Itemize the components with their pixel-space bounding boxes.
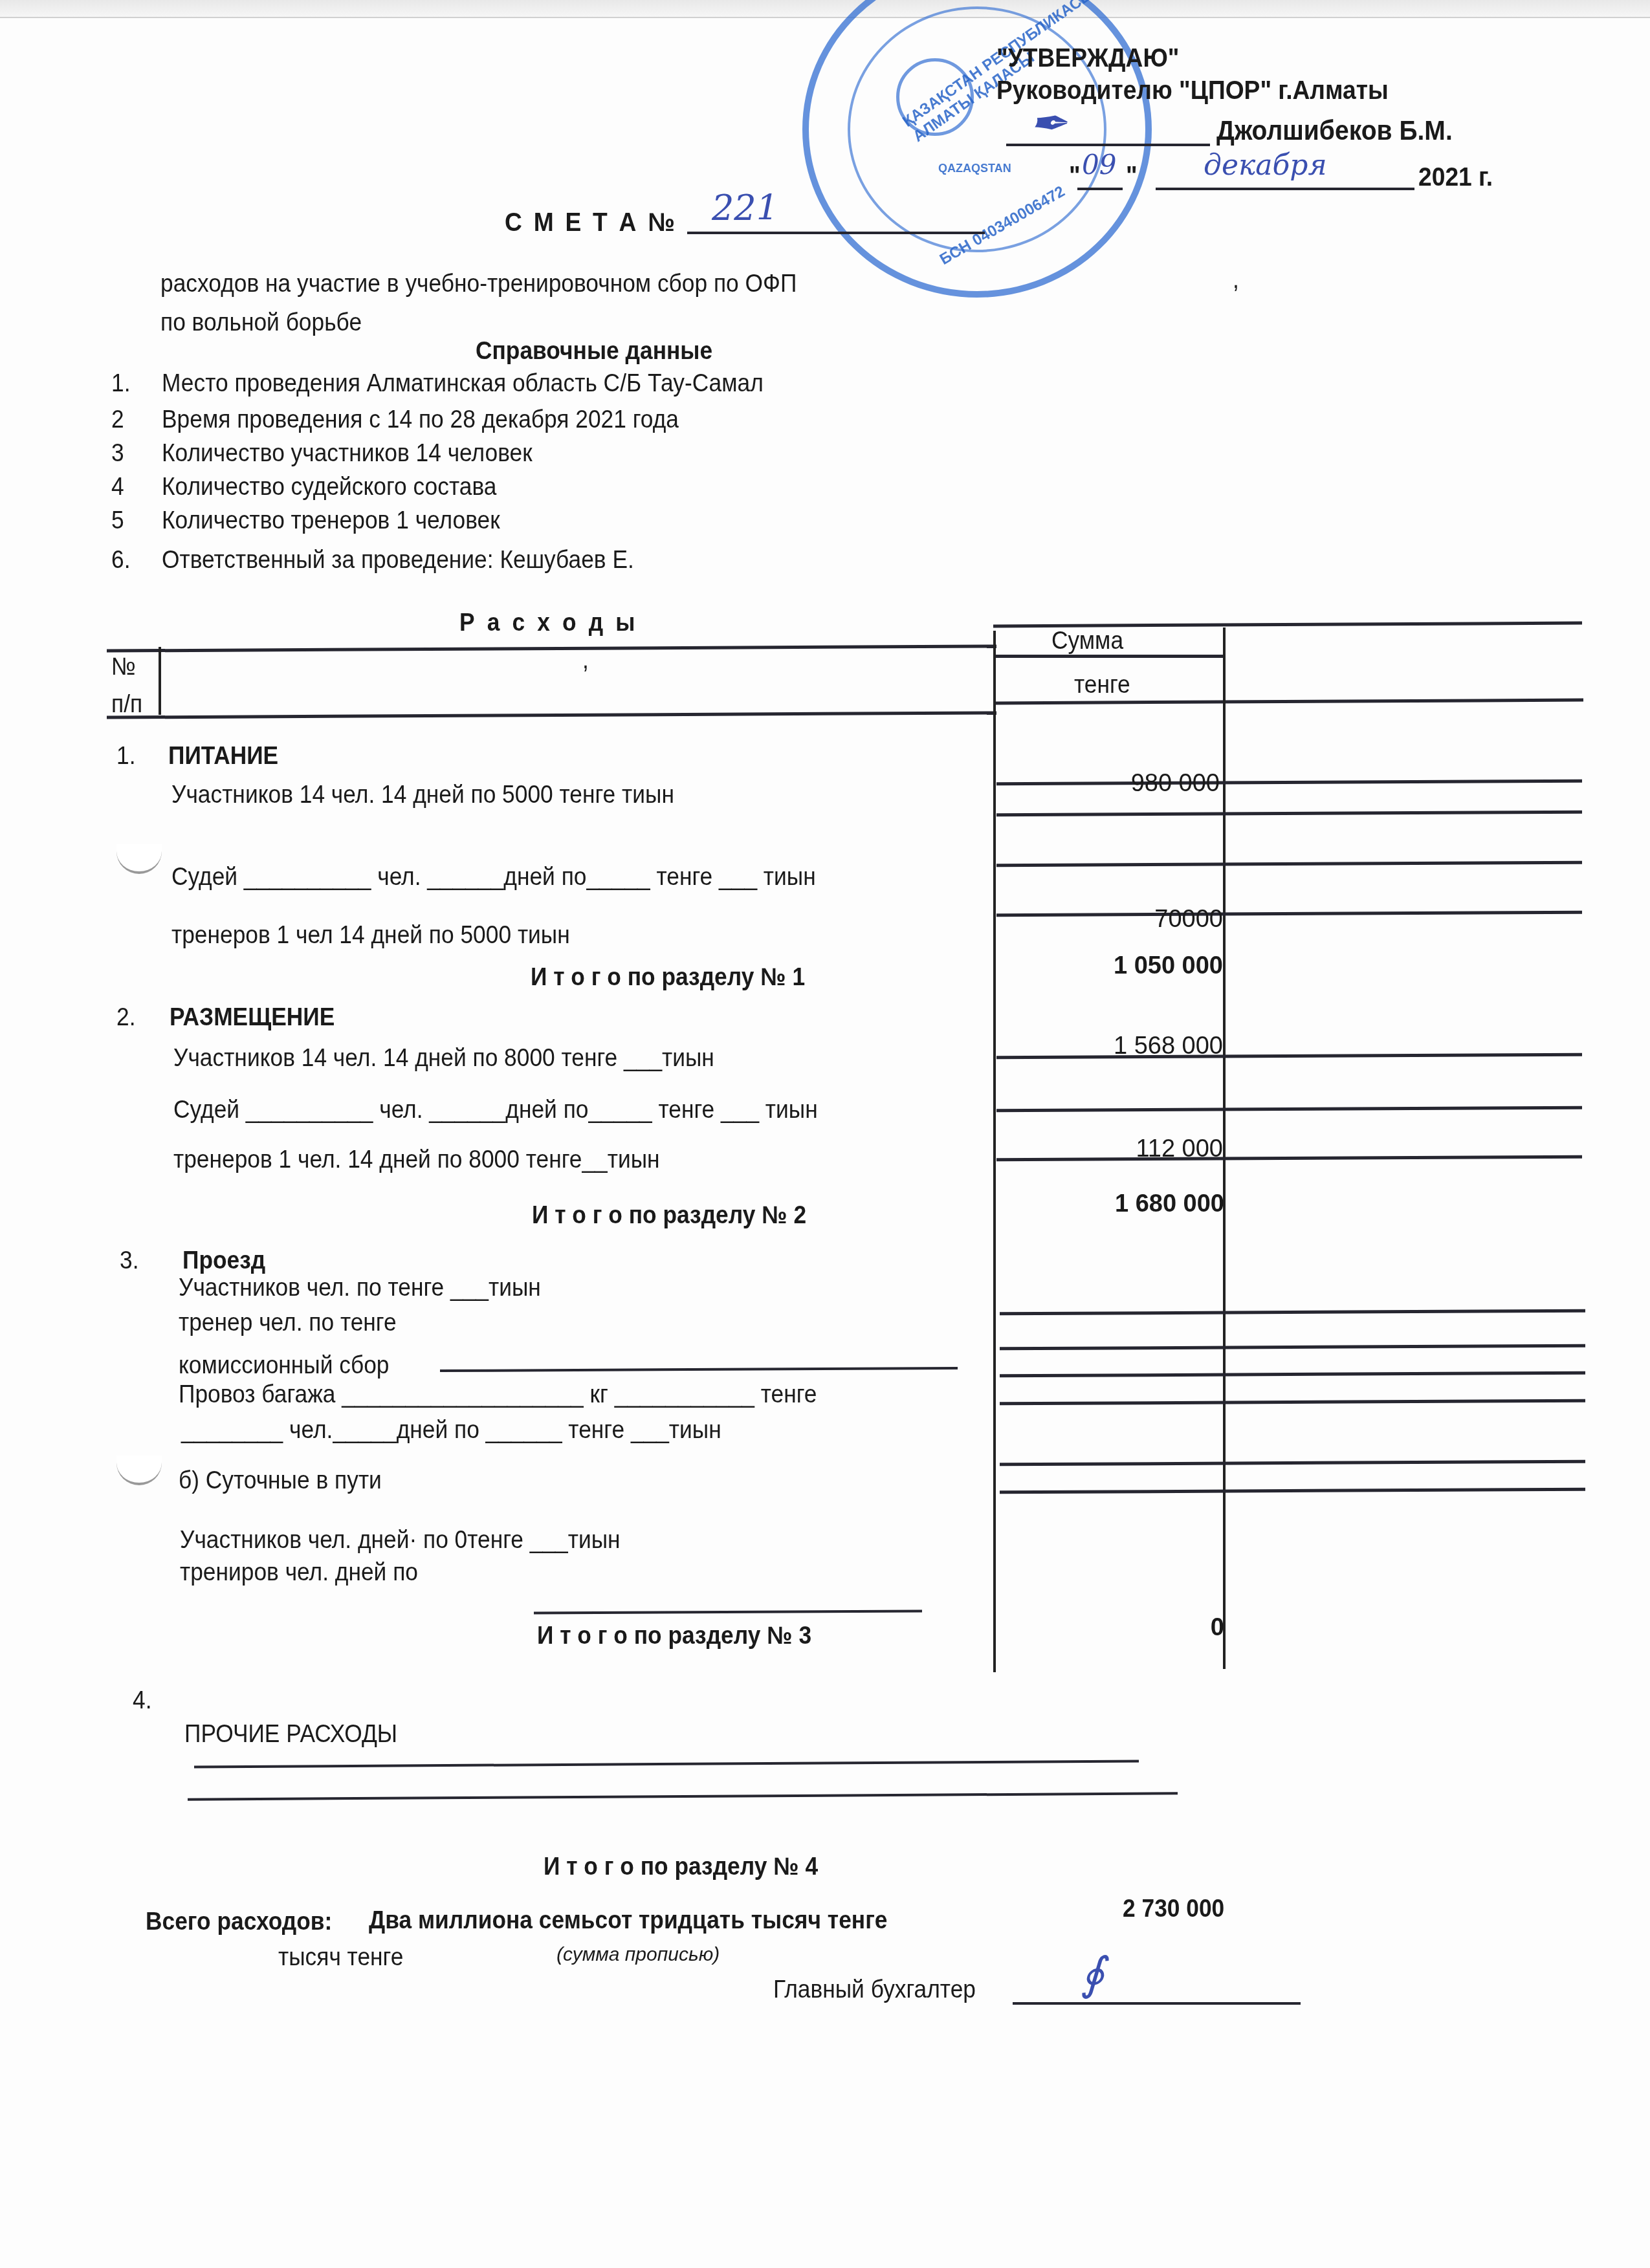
- accountant-label: Главный бухгалтер: [773, 1976, 976, 2004]
- section-1-title: ПИТАНИЕ: [168, 743, 278, 770]
- approval-signatory: Джолшибеков Б.М.: [1216, 115, 1453, 146]
- reference-item-number: 1.: [111, 370, 130, 398]
- section-3-total: 0: [990, 1614, 1224, 1642]
- grand-total-amount: 2 730 000: [1123, 1895, 1224, 1923]
- section-2-amount-coaches: 112 000: [990, 1135, 1223, 1163]
- reference-item-text: Время проведения с 14 по 28 декабря 2021…: [162, 406, 679, 434]
- date-open-quote: ": [1069, 162, 1081, 191]
- section-3-row-baggage: Провоз багажа ___________________ кг ___…: [179, 1381, 817, 1409]
- grand-total-sub-words: тысяч тенге: [278, 1944, 403, 1972]
- section-1-total-label: И т о г о по разделу № 1: [531, 964, 805, 992]
- header-sum-top: Сумма: [1051, 627, 1123, 655]
- smeta-purpose-comma: ,: [1233, 267, 1239, 294]
- smeta-number-handwritten: 221: [712, 188, 778, 228]
- section-3-row-coach: тренер чел. по тенге: [179, 1309, 397, 1337]
- smeta-number-line: [687, 232, 985, 234]
- section-4-number: 4.: [133, 1687, 151, 1715]
- date-year: 2021 г.: [1418, 163, 1493, 192]
- section-1-row-judges: Судей __________ чел. ______дней по_____…: [171, 864, 816, 891]
- grand-total-note: (сумма прописью): [556, 1944, 720, 1966]
- date-close-quote: ": [1126, 162, 1138, 191]
- reference-item-text: Количество участников 14 человек: [162, 440, 533, 468]
- punch-hole-bottom: [116, 1456, 162, 1485]
- reference-item-text: Место проведения Алматинская область С/Б…: [162, 370, 764, 398]
- section-3-total-line: [534, 1609, 922, 1614]
- date-day-handwritten: 09: [1082, 149, 1116, 180]
- other-expenses-line-2: [188, 1792, 1178, 1800]
- reference-item-text: Ответственный за проведение: Кешубаев Е.: [162, 547, 634, 574]
- reference-item-number: 4: [111, 474, 124, 501]
- section-2-row-coaches: тренеров 1 чел. 14 дней по 8000 тенге__т…: [173, 1146, 660, 1174]
- section-3-total-label: И т о г о по разделу № 3: [537, 1622, 811, 1650]
- accountant-signature-line: [1013, 2002, 1301, 2005]
- smeta-title: С М Е Т А №: [505, 208, 677, 237]
- section-3-number: 3.: [120, 1247, 138, 1275]
- approval-heading: "УТВЕРЖДАЮ": [996, 44, 1179, 73]
- stamp-inner-ring: [848, 6, 1106, 252]
- reference-item-number: 2: [111, 406, 124, 434]
- section-2-row-judges: Судей __________ чел. ______дней по_____…: [173, 1096, 818, 1124]
- reference-item-number: 5: [111, 507, 124, 535]
- section-4-total-label: И т о г о по разделу № 4: [544, 1853, 818, 1881]
- stamp-emblem-text: QAZAQSTAN: [938, 162, 1011, 175]
- header-num-top: №: [111, 653, 136, 681]
- date-month-handwritten: декабря: [1204, 149, 1327, 182]
- date-month-line: [1156, 188, 1414, 190]
- section-2-amount-participants: 1 568 000: [990, 1032, 1223, 1060]
- section-3-row-per-diem: б) Суточные в пути: [179, 1467, 382, 1495]
- reference-item-number: 6.: [111, 547, 130, 574]
- accountant-signature: ∮: [1081, 1947, 1104, 2000]
- section-1-amount-coaches: 70000: [990, 906, 1223, 933]
- reference-title: Справочные данные: [476, 338, 712, 365]
- header-num-bottom: п/п: [111, 691, 142, 719]
- header-desc-mark: ,: [582, 647, 589, 675]
- other-expenses-line-1: [194, 1760, 1139, 1769]
- reference-item-number: 3: [111, 440, 124, 468]
- expenses-title: Р а с х о д ы: [459, 609, 638, 637]
- section-1-row-participants: Участников 14 чел. 14 дней по 5000 тенге…: [171, 781, 674, 809]
- smeta-purpose-line2: по вольной борьбе: [160, 309, 362, 337]
- section-1-row-coaches: тренеров 1 чел 14 дней по 5000 тиын: [171, 922, 570, 950]
- section-2-number: 2.: [116, 1004, 135, 1032]
- reference-item-text: Количество судейского состава: [162, 474, 496, 501]
- section-3-row-per-diem-participants: Участников чел. дней· по 0тенге ___тиын: [180, 1527, 621, 1554]
- section-3-row-commission: комиссионный сбор: [179, 1352, 390, 1380]
- punch-hole-top: [116, 844, 162, 874]
- section-2-total: 1 680 000: [990, 1190, 1224, 1218]
- section-3-title: Проезд: [182, 1247, 265, 1275]
- date-day-line: [1077, 188, 1123, 190]
- smeta-purpose-line1: расходов на участие в учебно-тренировочн…: [160, 270, 797, 298]
- reference-item-text: Количество тренеров 1 человек: [162, 507, 500, 535]
- scan-top-edge: [0, 0, 1650, 18]
- section-2-title: РАЗМЕЩЕНИЕ: [170, 1004, 335, 1032]
- section-1-total: 1 050 000: [990, 952, 1223, 980]
- section-2-total-label: И т о г о по разделу № 2: [532, 1202, 806, 1230]
- section-1-number: 1.: [116, 743, 135, 770]
- commission-blank-line: [440, 1367, 958, 1372]
- director-signature: ✒: [1029, 97, 1067, 150]
- section-4-title: ПРОЧИЕ РАСХОДЫ: [184, 1721, 397, 1749]
- section-3-row-participants: Участников чел. по тенге ___тиын: [179, 1274, 541, 1302]
- grand-total-label: Всего расходов:: [146, 1908, 332, 1936]
- grand-total-in-words: Два миллиона семьсот тридцать тысяч тенг…: [369, 1907, 888, 1935]
- section-3-row-per-diem-coaches: трениров чел. дней по: [180, 1559, 418, 1587]
- section-1-amount-participants: 980 000: [990, 770, 1220, 798]
- header-sum-bottom: тенге: [1074, 671, 1130, 699]
- section-3-row-persons: ________ чел._____дней по ______ тенге _…: [181, 1417, 721, 1445]
- section-2-row-participants: Участников 14 чел. 14 дней по 8000 тенге…: [173, 1045, 714, 1073]
